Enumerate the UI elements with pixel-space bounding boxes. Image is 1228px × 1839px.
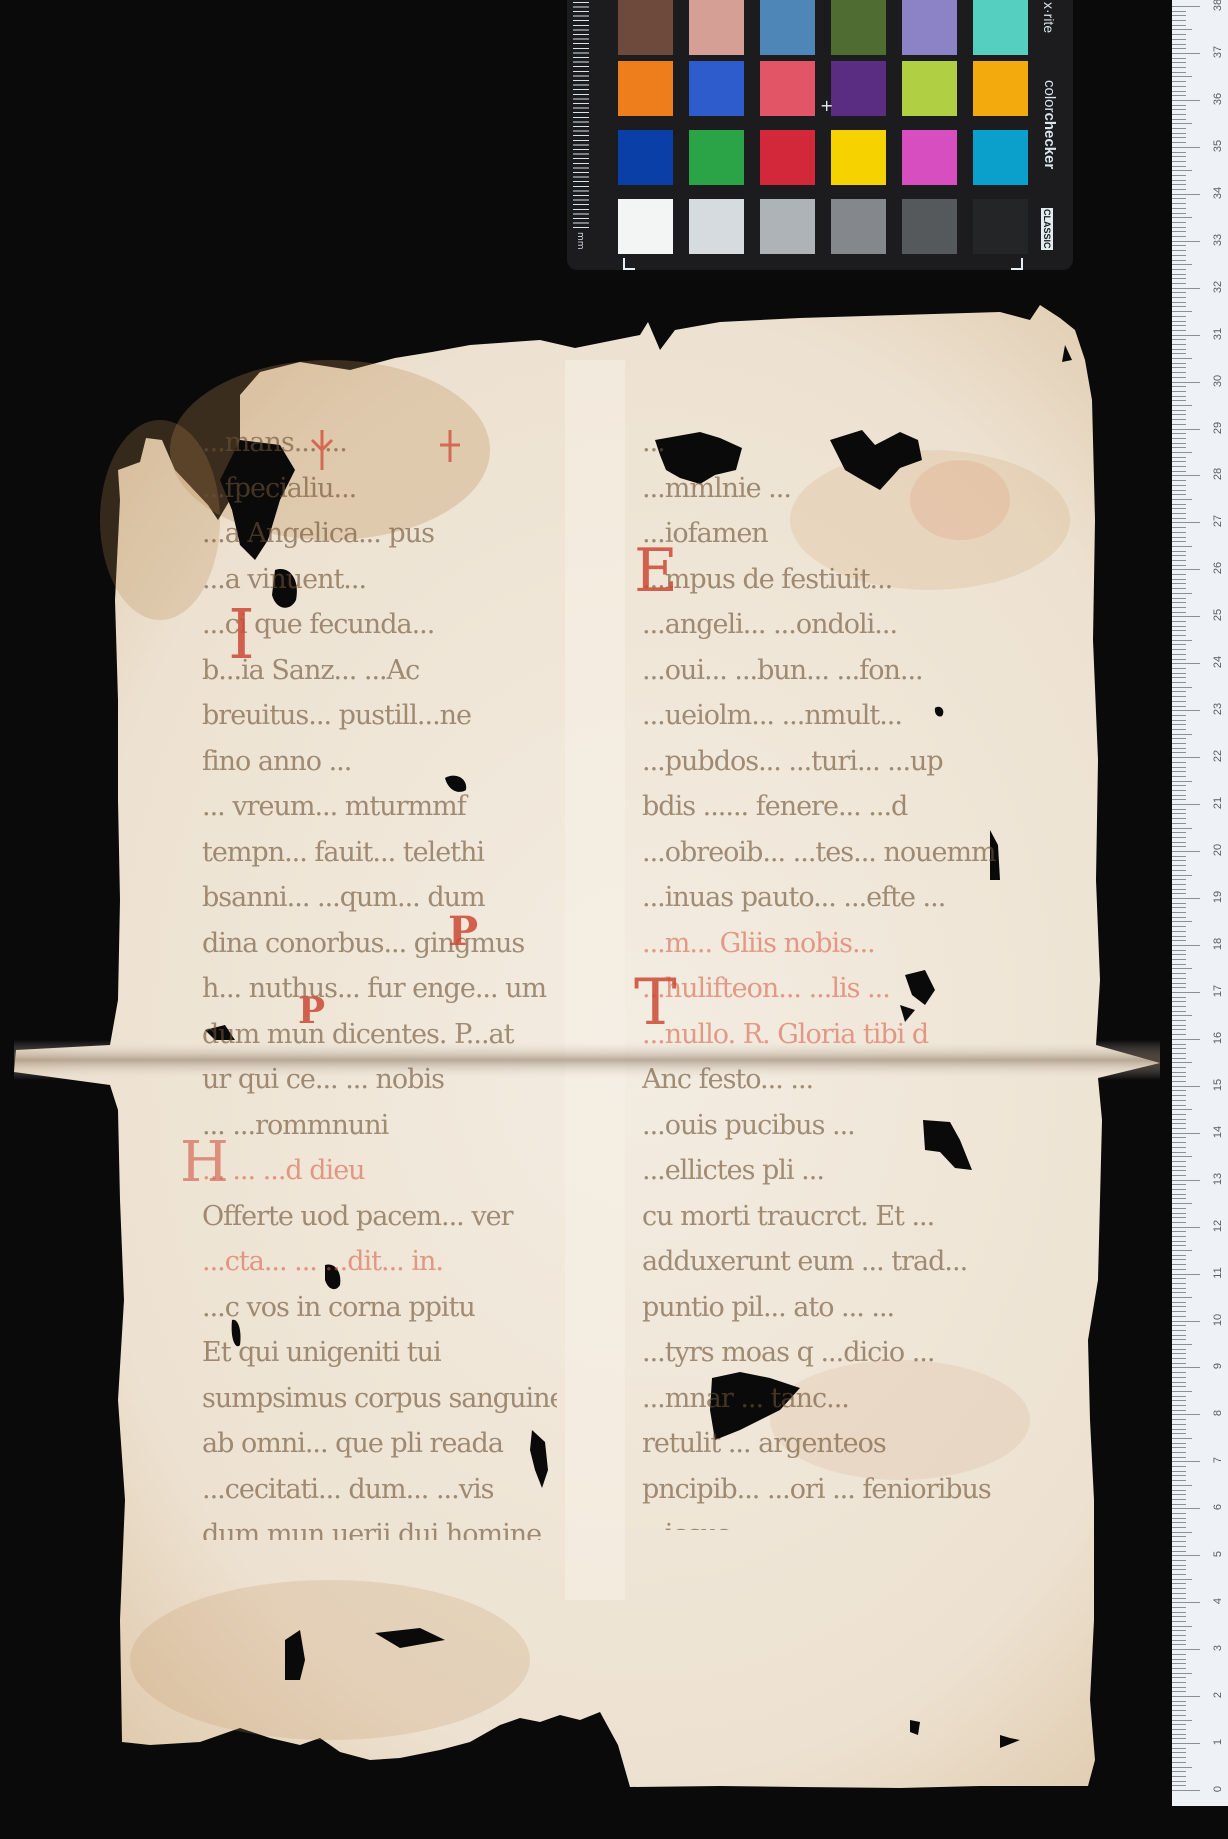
left-text-column: ...mans... ......fpecialiu......a Angeli… bbox=[202, 420, 557, 1540]
manuscript-line: ...ouis pucibus ... bbox=[642, 1103, 1014, 1149]
manuscript-line: ...ueiolm... ...nmult... bbox=[642, 693, 1014, 739]
manuscript-line: ...angeli... ...ondoli... bbox=[642, 602, 1014, 648]
manuscript-line: ...ellictes pli ... bbox=[642, 1148, 1014, 1194]
manuscript-line: ...inuas pauto... ...efte ... bbox=[642, 875, 1014, 921]
manuscript-line: bdis ...... fenere... ...d bbox=[642, 784, 1014, 830]
manuscript-line: ...pubdos... ...turi... ...up bbox=[642, 739, 1014, 785]
initial-P: P bbox=[448, 908, 478, 955]
manuscript-line: cu morti traucrct. Et ... bbox=[642, 1194, 1014, 1240]
manuscript-line: ...iofamen bbox=[642, 511, 1014, 557]
manuscript-line: ...m... Gliis nobis... bbox=[642, 921, 1014, 967]
manuscript-line: ... bbox=[642, 420, 1014, 466]
manuscript-line: ...fpecialiu... bbox=[202, 466, 557, 512]
manuscript-line: ...mnar ... tanc... bbox=[642, 1376, 1014, 1422]
manuscript-line: ...mpus de festiuit... bbox=[642, 557, 1014, 603]
manuscript-line: ...oui... ...bun... ...fon... bbox=[642, 648, 1014, 694]
manuscript-line: ...hulifteon... ...lis ... bbox=[642, 966, 1014, 1012]
manuscript-line: ...c vos in corna ppitu bbox=[202, 1285, 557, 1331]
manuscript-line: retulit ... argenteos bbox=[642, 1421, 1014, 1467]
manuscript-line: ab omni... que pli reada bbox=[202, 1421, 557, 1467]
parchment-leaf bbox=[0, 0, 1228, 1839]
manuscript-line: Anc festo... ... bbox=[642, 1057, 1014, 1103]
manuscript-line: ... ... ...d dieu bbox=[202, 1148, 557, 1194]
manuscript-line: ur qui ce... ... nobis bbox=[202, 1057, 557, 1103]
manuscript-line: ... ...rommnuni bbox=[202, 1103, 557, 1149]
manuscript-line: breuitus... pustill...ne bbox=[202, 693, 557, 739]
manuscript-line: dum mun dicentes. P...at bbox=[202, 1012, 557, 1058]
manuscript-line: dina conorbus... gingmus bbox=[202, 921, 557, 967]
manuscript-line: bsanni... ...qum... dum bbox=[202, 875, 557, 921]
manuscript-line: ...ci que fecunda... bbox=[202, 602, 557, 648]
manuscript-line: pncipib... ...ori ... fenioribus bbox=[642, 1467, 1014, 1513]
manuscript-line: tempn... fauit... telethi bbox=[202, 830, 557, 876]
manuscript-line: Et qui unigeniti tui bbox=[202, 1330, 557, 1376]
manuscript-line: ...a Angelica... pus bbox=[202, 511, 557, 557]
initial-E: E bbox=[634, 536, 678, 606]
right-text-column: ......mmlnie ......iofamen...mpus de fes… bbox=[642, 420, 1014, 1530]
manuscript-line: ... vreum... mturmmf bbox=[202, 784, 557, 830]
manuscript-line: sumpsimus corpus sanguinem bbox=[202, 1376, 557, 1422]
manuscript-line: ...iccus. ... ... bbox=[642, 1512, 1014, 1530]
manuscript-line: ...mmlnie ... bbox=[642, 466, 1014, 512]
manuscript-line: h... nuthus... fur enge... um bbox=[202, 966, 557, 1012]
initial-T: T bbox=[634, 966, 677, 1040]
manuscript-line: ...nullo. R. Gloria tibi d bbox=[642, 1012, 1014, 1058]
initial-P-small: P bbox=[298, 990, 325, 1032]
manuscript-line: ...cecitati... dum... ...vis bbox=[202, 1467, 557, 1513]
manuscript-line: ...obreoib... ...tes... nouemm bbox=[642, 830, 1014, 876]
manuscript-line: ...cta... ... ...dit... in. bbox=[202, 1239, 557, 1285]
manuscript-line: Offerte uod pacem... ver bbox=[202, 1194, 557, 1240]
manuscript-line: puntio pil... ato ... ... bbox=[642, 1285, 1014, 1331]
manuscript-line: ...tyrs moas q ...dicio ... bbox=[642, 1330, 1014, 1376]
manuscript-line: dum mun uerii dui homine bbox=[202, 1512, 557, 1540]
manuscript-line: ...a vinuent... bbox=[202, 557, 557, 603]
initial-I: I bbox=[228, 596, 255, 675]
manuscript-line: ...mans... ... bbox=[202, 420, 557, 466]
initial-H: H bbox=[180, 1130, 229, 1195]
manuscript-line: b...ia Sanz... ...Ac bbox=[202, 648, 557, 694]
manuscript-line: fino anno ... bbox=[202, 739, 557, 785]
manuscript-line: adduxerunt eum ... trad... bbox=[642, 1239, 1014, 1285]
